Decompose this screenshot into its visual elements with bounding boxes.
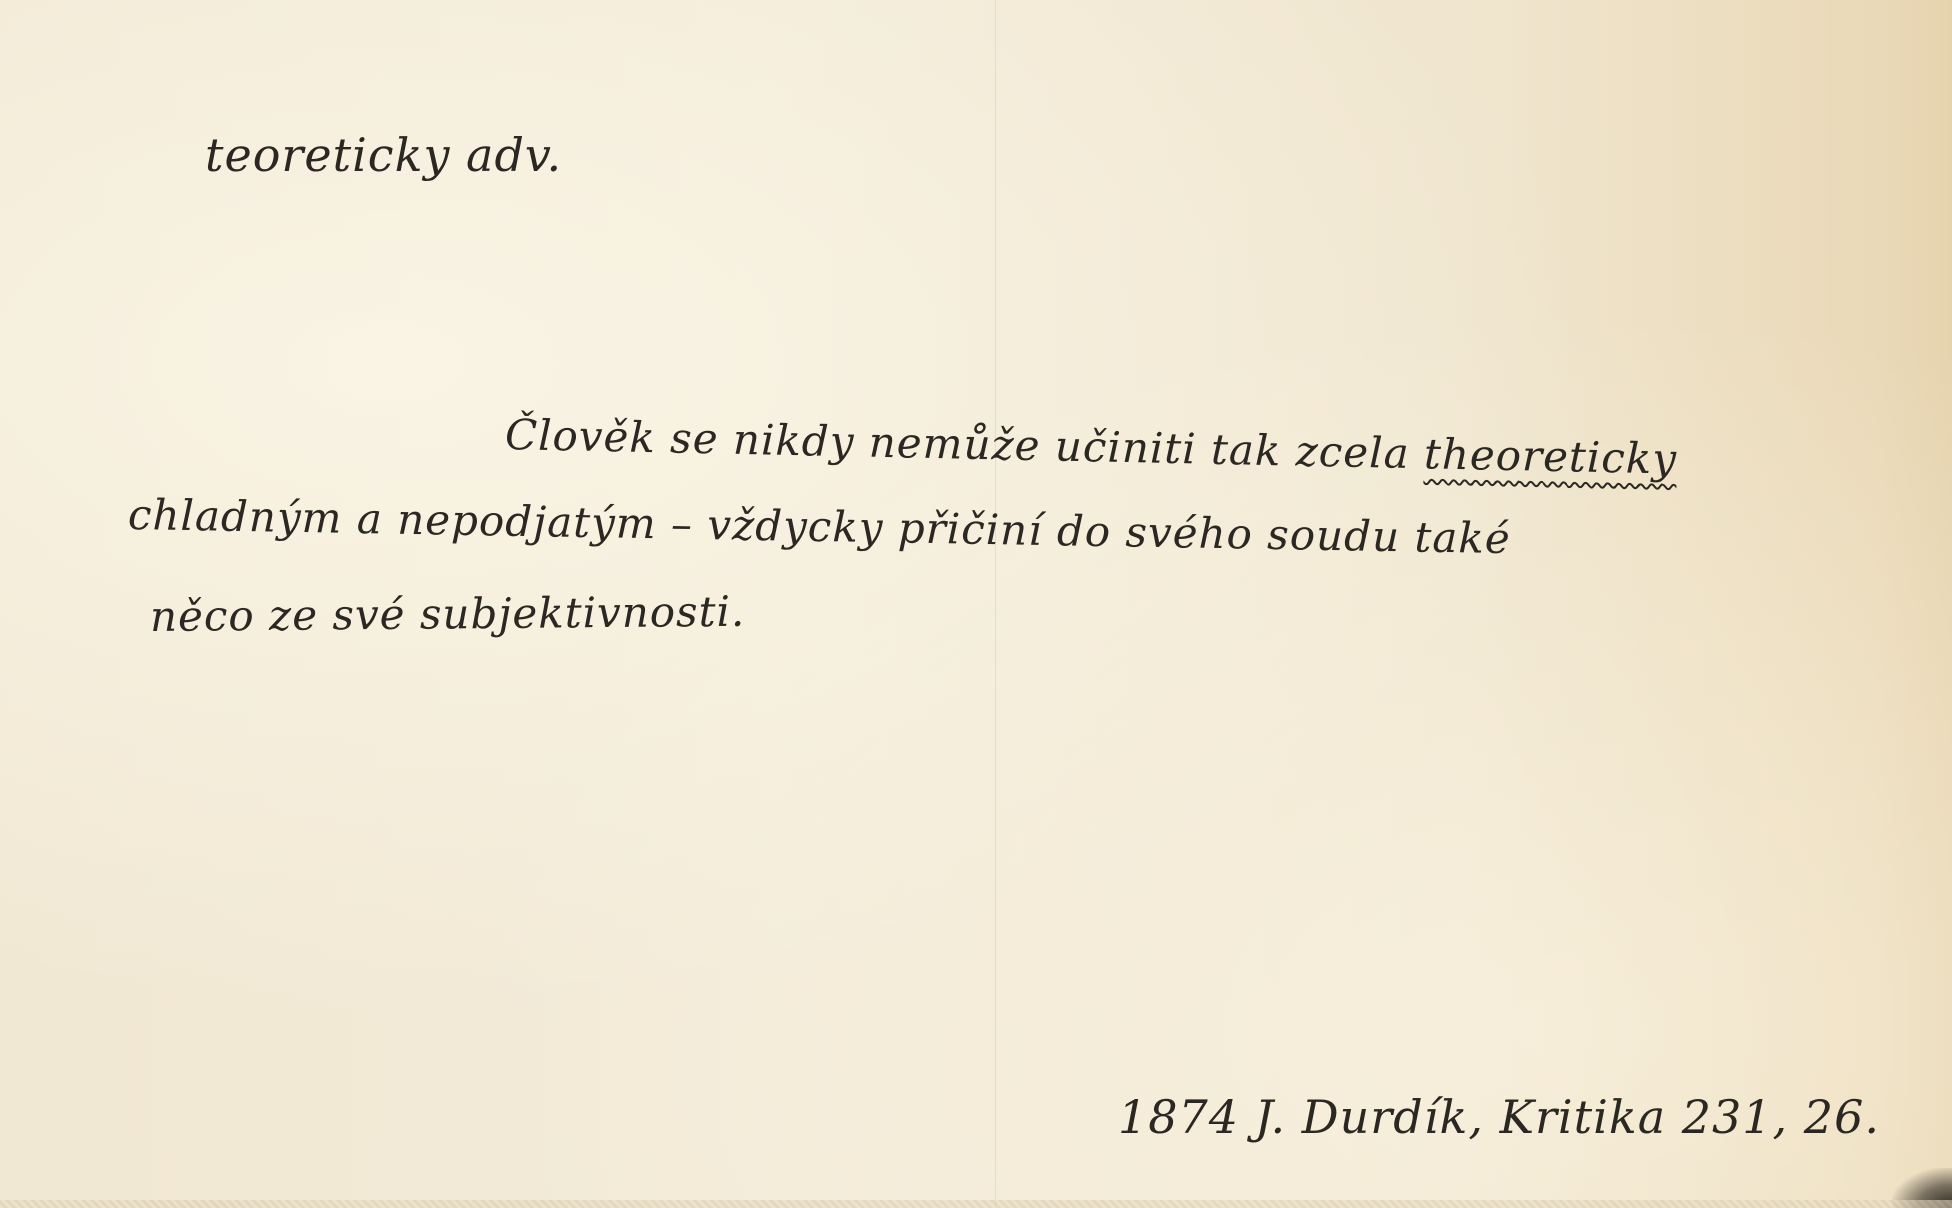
- headword: teoreticky adv.: [205, 128, 562, 182]
- scan-corner-shadow: [1892, 1168, 1952, 1208]
- quote-line-1-text: Člověk se nikdy nemůže učiniti tak zcela: [504, 410, 1424, 478]
- underlined-keyword: theoreticky: [1424, 429, 1678, 483]
- quote-line-2: chladným a nepodjatým – vždycky přičiní …: [128, 490, 1512, 563]
- paper-fold-line: [995, 0, 996, 1208]
- quote-line-1: Člověk se nikdy nemůže učiniti tak zcela…: [504, 410, 1677, 484]
- quote-line-3: něco ze své subjektivnosti.: [150, 587, 746, 641]
- source-citation: 1874 J. Durdík, Kritika 231, 26.: [1118, 1090, 1880, 1144]
- dictionary-slip: teoreticky adv. Člověk se nikdy nemůže u…: [0, 0, 1952, 1208]
